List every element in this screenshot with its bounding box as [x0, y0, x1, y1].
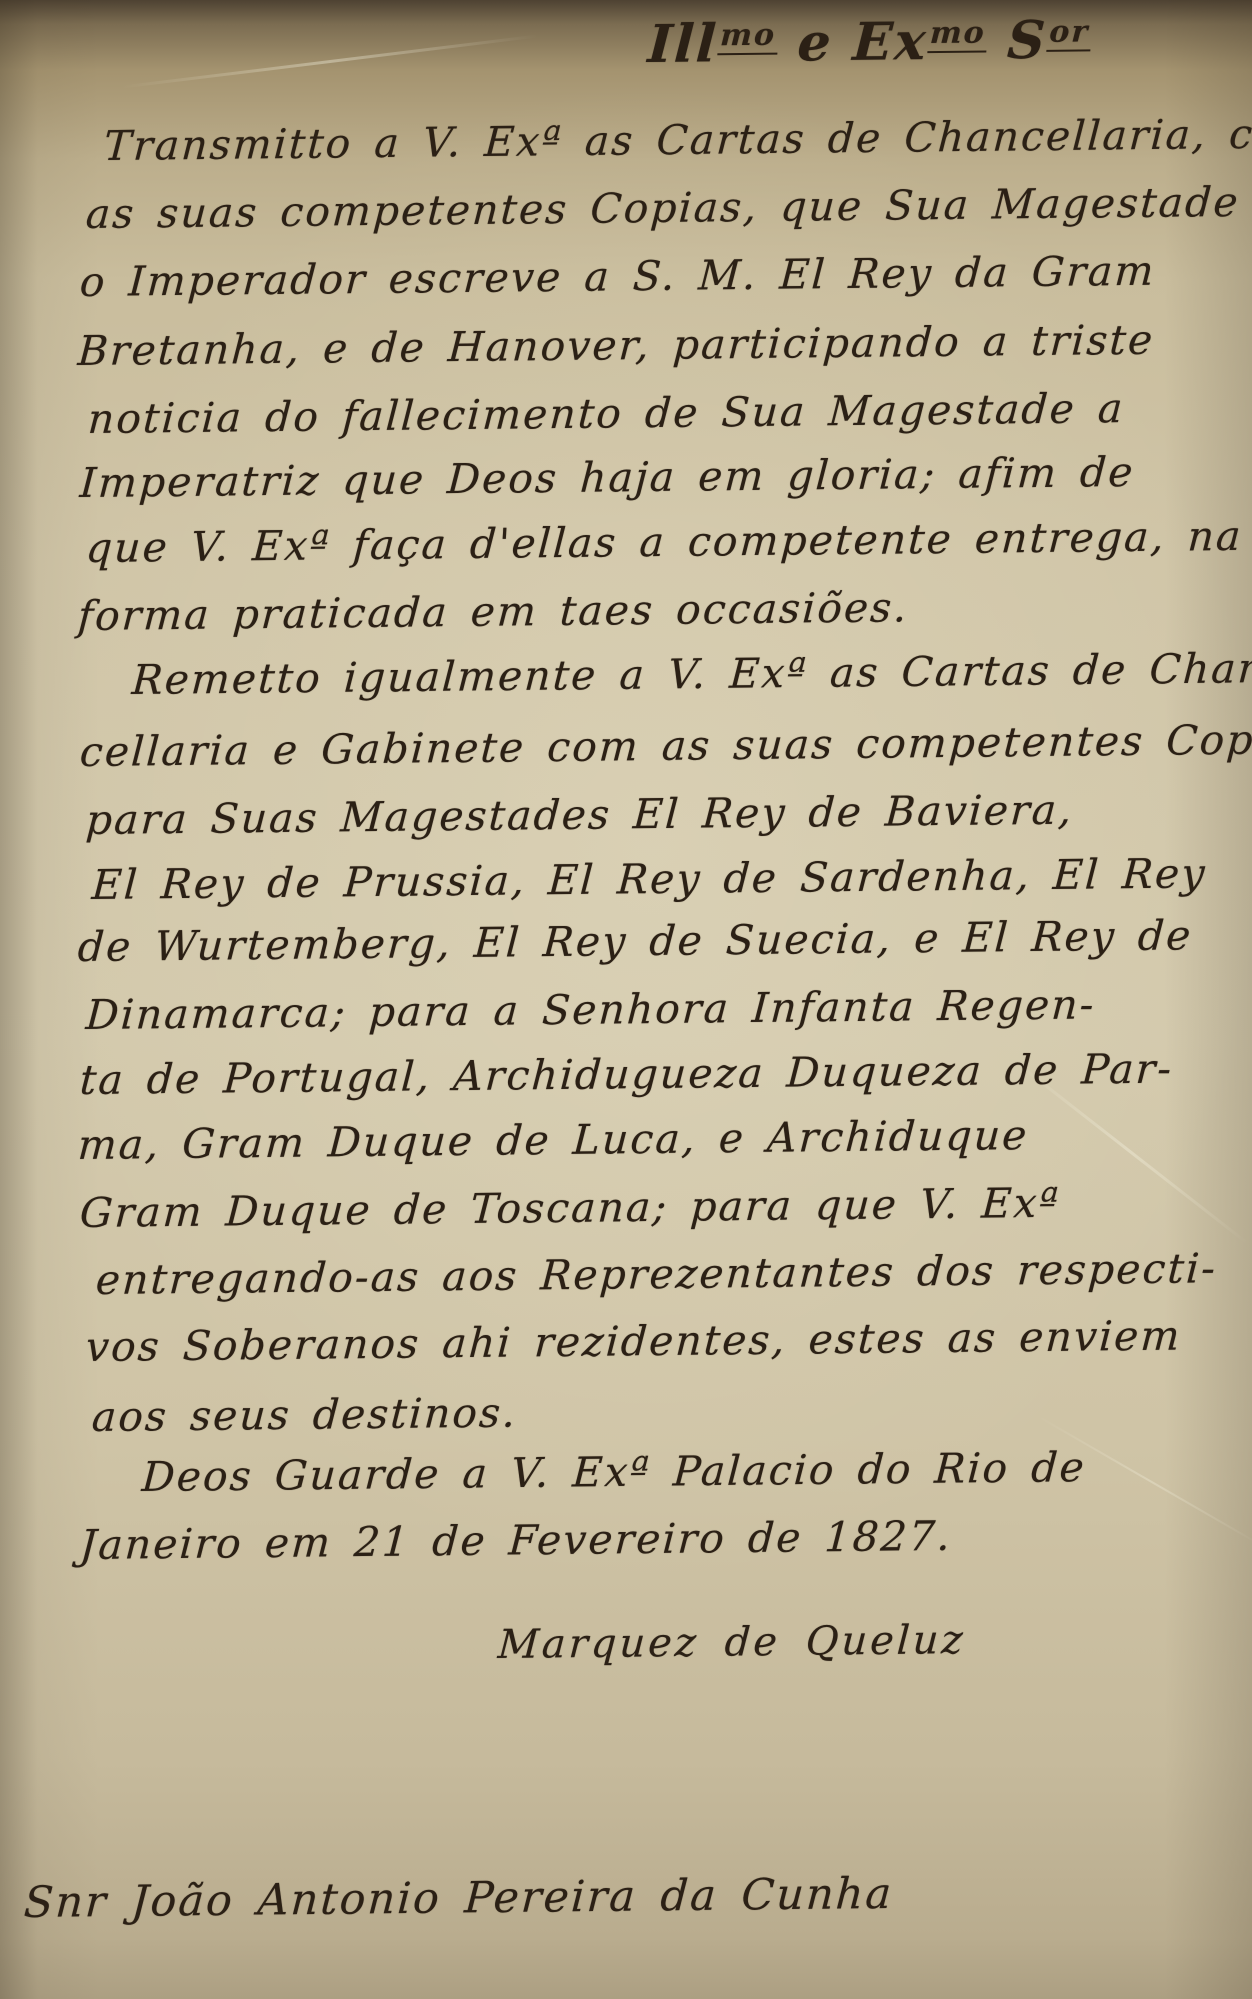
letter-line: o Imperador escreve a S. M. El Rey da Gr…	[79, 247, 1157, 306]
salutation-text: Ill	[646, 13, 719, 75]
letter-line: Dinamarca; para a Senhora Infanta Regen-	[85, 980, 1097, 1039]
letter-line: El Rey de Prussia, El Rey de Sardenha, E…	[91, 849, 1208, 909]
letter-line: Janeiro em 21 de Fevereiro de 1827.	[79, 1512, 954, 1569]
letter-line: cellaria e Gabinete com as suas competen…	[79, 715, 1252, 776]
letter-line: noticia do fallecimento de Sua Magestade…	[87, 384, 1126, 443]
letter-line: entregando-as aos Reprezentantes dos res…	[95, 1244, 1219, 1304]
salutation-superscript: or	[1046, 14, 1092, 51]
letter-line: que V. Exª faça d'ellas a competente ent…	[85, 512, 1244, 572]
paper-crease	[121, 34, 538, 88]
letter-line: Remetto igualmente a V. Exª as Cartas de…	[131, 644, 1252, 704]
manuscript-page: Illmo e Exmo Sor Transmitto a V. Exª as …	[0, 0, 1252, 1999]
letter-line: Transmitto a V. Exª as Cartas de Chancel…	[103, 109, 1252, 170]
letter-line: forma praticada em taes occasiões.	[77, 583, 910, 640]
letter-line: as suas competentes Copias, que Sua Mage…	[85, 178, 1242, 238]
letter-line: aos seus destinos.	[91, 1389, 519, 1441]
salutation-superscript: mo	[927, 15, 989, 53]
letter-salutation: Illmo e Exmo Sor	[646, 9, 1092, 75]
letter-line: ma, Gram Duque de Luca, e Archiduque	[77, 1111, 1030, 1169]
letter-line: Imperatriz que Deos haja em gloria; afim…	[79, 448, 1136, 507]
salutation-text: S	[1006, 10, 1049, 71]
letter-line: Bretanha, e de Hanover, participando a t…	[77, 316, 1156, 375]
letter-signature: Marquez de Queluz	[497, 1617, 967, 1668]
letter-addressee: Snr João Antonio Pereira da Cunha	[23, 1869, 895, 1928]
letter-line: Gram Duque de Toscana; para que V. Exª	[79, 1179, 1062, 1237]
salutation-text: e Ex	[796, 11, 929, 73]
letter-line: para Suas Magestades El Rey de Baviera,	[85, 786, 1075, 844]
letter-line: ta de Portugal, Archidugueza Duqueza de …	[79, 1045, 1175, 1104]
letter-line: de Wurtemberg, El Rey de Suecia, e El Re…	[77, 911, 1194, 971]
salutation-superscript: mo	[717, 18, 779, 56]
letter-line: Deos Guarde a V. Exª Palacio do Rio de	[141, 1443, 1088, 1501]
letter-line: vos Soberanos ahi rezidentes, estes as e…	[85, 1312, 1183, 1372]
